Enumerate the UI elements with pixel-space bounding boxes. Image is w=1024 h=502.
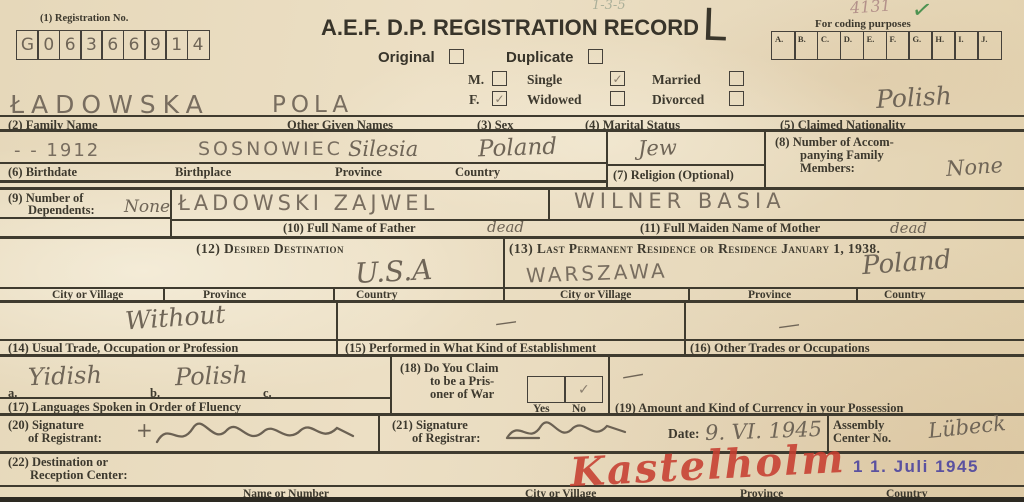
marital-single-label: Single: [527, 72, 562, 88]
marital-status-label: (4) Marital Status: [585, 118, 680, 133]
marital-married-checkbox: [729, 71, 744, 86]
rule-v: [684, 300, 686, 354]
other-trades-value: —: [776, 312, 801, 340]
birthplace-label: Birthplace: [175, 165, 231, 180]
rule-v: [170, 187, 172, 236]
rule-h: [606, 164, 764, 166]
sex-f-checkbox: ✓: [492, 91, 507, 106]
birth-province-label: Province: [335, 165, 382, 180]
birthplace-value: SOSNOWIEC: [198, 138, 343, 160]
coding-label: For coding purposes: [815, 18, 911, 30]
coding-box: D.: [840, 31, 865, 60]
rule-v: [163, 287, 165, 300]
birth-country-label: Country: [455, 165, 500, 180]
hand-letter-mark: L: [701, 0, 727, 51]
reception-name-label: Name or Number: [243, 488, 329, 500]
given-names-value: POLA: [272, 92, 353, 118]
currency-label: (19) Amount and Kind of Currency in your…: [615, 401, 903, 416]
registrar-signature-label-l2: of Registrar:: [412, 431, 480, 446]
rule-h: [0, 187, 1024, 190]
religion-label: (7) Religion (Optional): [613, 168, 734, 183]
registrant-signature: [155, 416, 355, 452]
green-check-mark: ✓: [910, 0, 935, 26]
pow-no-checkbox: ✓: [564, 376, 603, 403]
language-a-label: a.: [8, 386, 17, 401]
page-title: A.E.F. D.P. REGISTRATION RECORD: [300, 15, 720, 41]
registrant-signature-label-l2: of Registrant:: [28, 431, 102, 446]
birth-province-value: Silesia: [348, 137, 418, 161]
rule-h: [0, 180, 606, 183]
dependents-value: None: [124, 197, 170, 217]
pencil-note: 1-3-5: [592, 0, 626, 13]
duplicate-checkbox: [588, 49, 603, 64]
currency-value: —: [620, 361, 646, 389]
marital-single-checkbox: ✓: [610, 71, 625, 86]
sex-label: (3) Sex: [477, 118, 513, 133]
family-members-label-l3: Members:: [800, 161, 855, 176]
language-b-value: Polish: [175, 361, 249, 392]
pencil-number: 4131: [849, 0, 891, 17]
coding-box: I.: [954, 31, 979, 60]
language-b-label: b.: [150, 386, 160, 401]
rule-h: [0, 236, 1024, 239]
residence-province-label: Province: [748, 289, 791, 301]
pow-yes-checkbox: [527, 376, 566, 403]
coding-boxes: A. B. C. D. E. F. G. H. I. J.: [771, 31, 1002, 60]
original-checkbox: [449, 49, 464, 64]
coding-box: C.: [817, 31, 842, 60]
language-c-label: c.: [263, 386, 272, 401]
coding-box: B.: [794, 31, 819, 60]
registration-no-label: (1) Registration No.: [40, 13, 128, 24]
registration-digit: 1: [165, 30, 188, 60]
establishment-label: (15) Performed in What Kind of Establish…: [345, 341, 596, 356]
given-names-label: Other Given Names: [287, 118, 393, 133]
rule-v: [336, 300, 338, 354]
languages-label: (17) Languages Spoken in Order of Fluenc…: [8, 400, 241, 415]
registration-digit: 0: [37, 30, 60, 60]
registration-digit: 6: [123, 30, 146, 60]
registrant-signature-mark: +: [136, 418, 153, 442]
establishment-value: —: [493, 309, 518, 337]
coding-box: E.: [863, 31, 888, 60]
pow-label-l3: oner of War: [430, 387, 494, 402]
birthdate-value: - - 1912: [14, 140, 100, 161]
other-trades-label: (16) Other Trades or Occupations: [690, 341, 870, 356]
rule-h: [0, 162, 606, 164]
rule-h: [0, 397, 390, 399]
desired-destination-heading: (12) Desired Destination: [120, 241, 420, 257]
date-stamp: 1 1. Juli 1945: [853, 457, 979, 477]
rule-h: [0, 451, 1024, 454]
pow-checkboxes: ✓: [527, 376, 603, 403]
marital-divorced-checkbox: [729, 91, 744, 106]
coding-box: H.: [931, 31, 956, 60]
rule-v: [608, 354, 610, 413]
birth-country-value: Poland: [478, 134, 558, 163]
reception-province-label: Province: [740, 488, 783, 500]
marital-divorced-label: Divorced: [652, 92, 704, 108]
residence-country-label: Country: [884, 289, 926, 301]
pow-yes-label: Yes: [533, 403, 550, 415]
rule-v: [856, 287, 858, 300]
sex-m-checkbox: [492, 71, 507, 86]
residence-heading: (13) Last Permanent Residence or Residen…: [509, 241, 880, 257]
marital-widowed-checkbox: [610, 91, 625, 106]
rule-v: [606, 129, 608, 187]
family-name-label: (2) Family Name: [8, 118, 98, 133]
marital-married-label: Married: [652, 72, 701, 88]
family-name-value: ŁADOWSKA: [10, 90, 210, 119]
coding-box: F.: [886, 31, 911, 60]
registration-digit: 6: [59, 30, 82, 60]
father-name-value: ŁADOWSKI ZAJWEL: [178, 191, 438, 215]
original-label: Original: [378, 49, 435, 66]
rule-h: [0, 497, 1024, 502]
rule-v: [688, 287, 690, 300]
registration-digit: G: [16, 30, 39, 60]
residence-city-value: WARSZAWA: [526, 259, 668, 288]
destination-country-label: Country: [356, 289, 398, 301]
marital-widowed-label: Widowed: [527, 92, 582, 108]
sex-f-label: F.: [469, 92, 479, 108]
duplicate-label: Duplicate: [506, 49, 574, 66]
mother-note: dead: [890, 219, 927, 237]
father-name-label: (10) Full Name of Father: [283, 221, 416, 236]
coding-box: A.: [771, 31, 796, 60]
mother-name-value: WILNER BASIA: [574, 189, 786, 213]
rule-v: [548, 187, 550, 221]
rule-h: [0, 300, 1024, 303]
reception-country-label: Country: [886, 488, 928, 500]
father-note: dead: [487, 218, 524, 236]
registration-no-boxes: G 0 6 3 6 6 9 1 4: [16, 30, 210, 60]
rule-v: [333, 287, 335, 300]
registration-digit: 6: [101, 30, 124, 60]
registration-digit: 3: [80, 30, 103, 60]
destination-country-value: U.S.A: [354, 253, 433, 290]
language-a-value: Yidish: [28, 361, 103, 392]
rule-v: [503, 236, 505, 300]
residence-country-value: Poland: [861, 245, 952, 281]
rule-v: [390, 354, 392, 413]
rule-h: [0, 287, 1024, 289]
family-members-value: None: [945, 153, 1004, 181]
reception-label-l2: Reception Center:: [30, 468, 128, 483]
nationality-value: Polish: [875, 81, 952, 114]
rule-v: [764, 129, 766, 187]
pow-no-label: No: [572, 403, 586, 415]
birthdate-label: (6) Birthdate: [8, 165, 77, 180]
dependents-label-l2: Dependents:: [28, 203, 95, 218]
coding-box: J.: [977, 31, 1002, 60]
coding-box: G.: [908, 31, 933, 60]
residence-city-label: City or Village: [560, 289, 631, 301]
mother-name-label: (11) Full Maiden Name of Mother: [640, 221, 820, 236]
usual-trade-label: (14) Usual Trade, Occupation or Professi…: [8, 341, 238, 356]
dp-registration-form: (1) Registration No. G 0 6 3 6 6 9 1 4 A…: [0, 0, 1024, 502]
rule-h: [0, 485, 1024, 487]
nationality-label: (5) Claimed Nationality: [780, 118, 906, 133]
religion-value: Jew: [638, 135, 678, 160]
sex-m-label: M.: [468, 72, 484, 88]
registration-digit: 9: [144, 30, 167, 60]
registration-digit: 4: [187, 30, 210, 60]
destination-city-label: City or Village: [52, 289, 123, 301]
rule-v: [378, 413, 380, 451]
registrar-signature: [505, 416, 630, 450]
usual-trade-value: Without: [124, 300, 226, 336]
date-label: Date:: [668, 426, 699, 442]
